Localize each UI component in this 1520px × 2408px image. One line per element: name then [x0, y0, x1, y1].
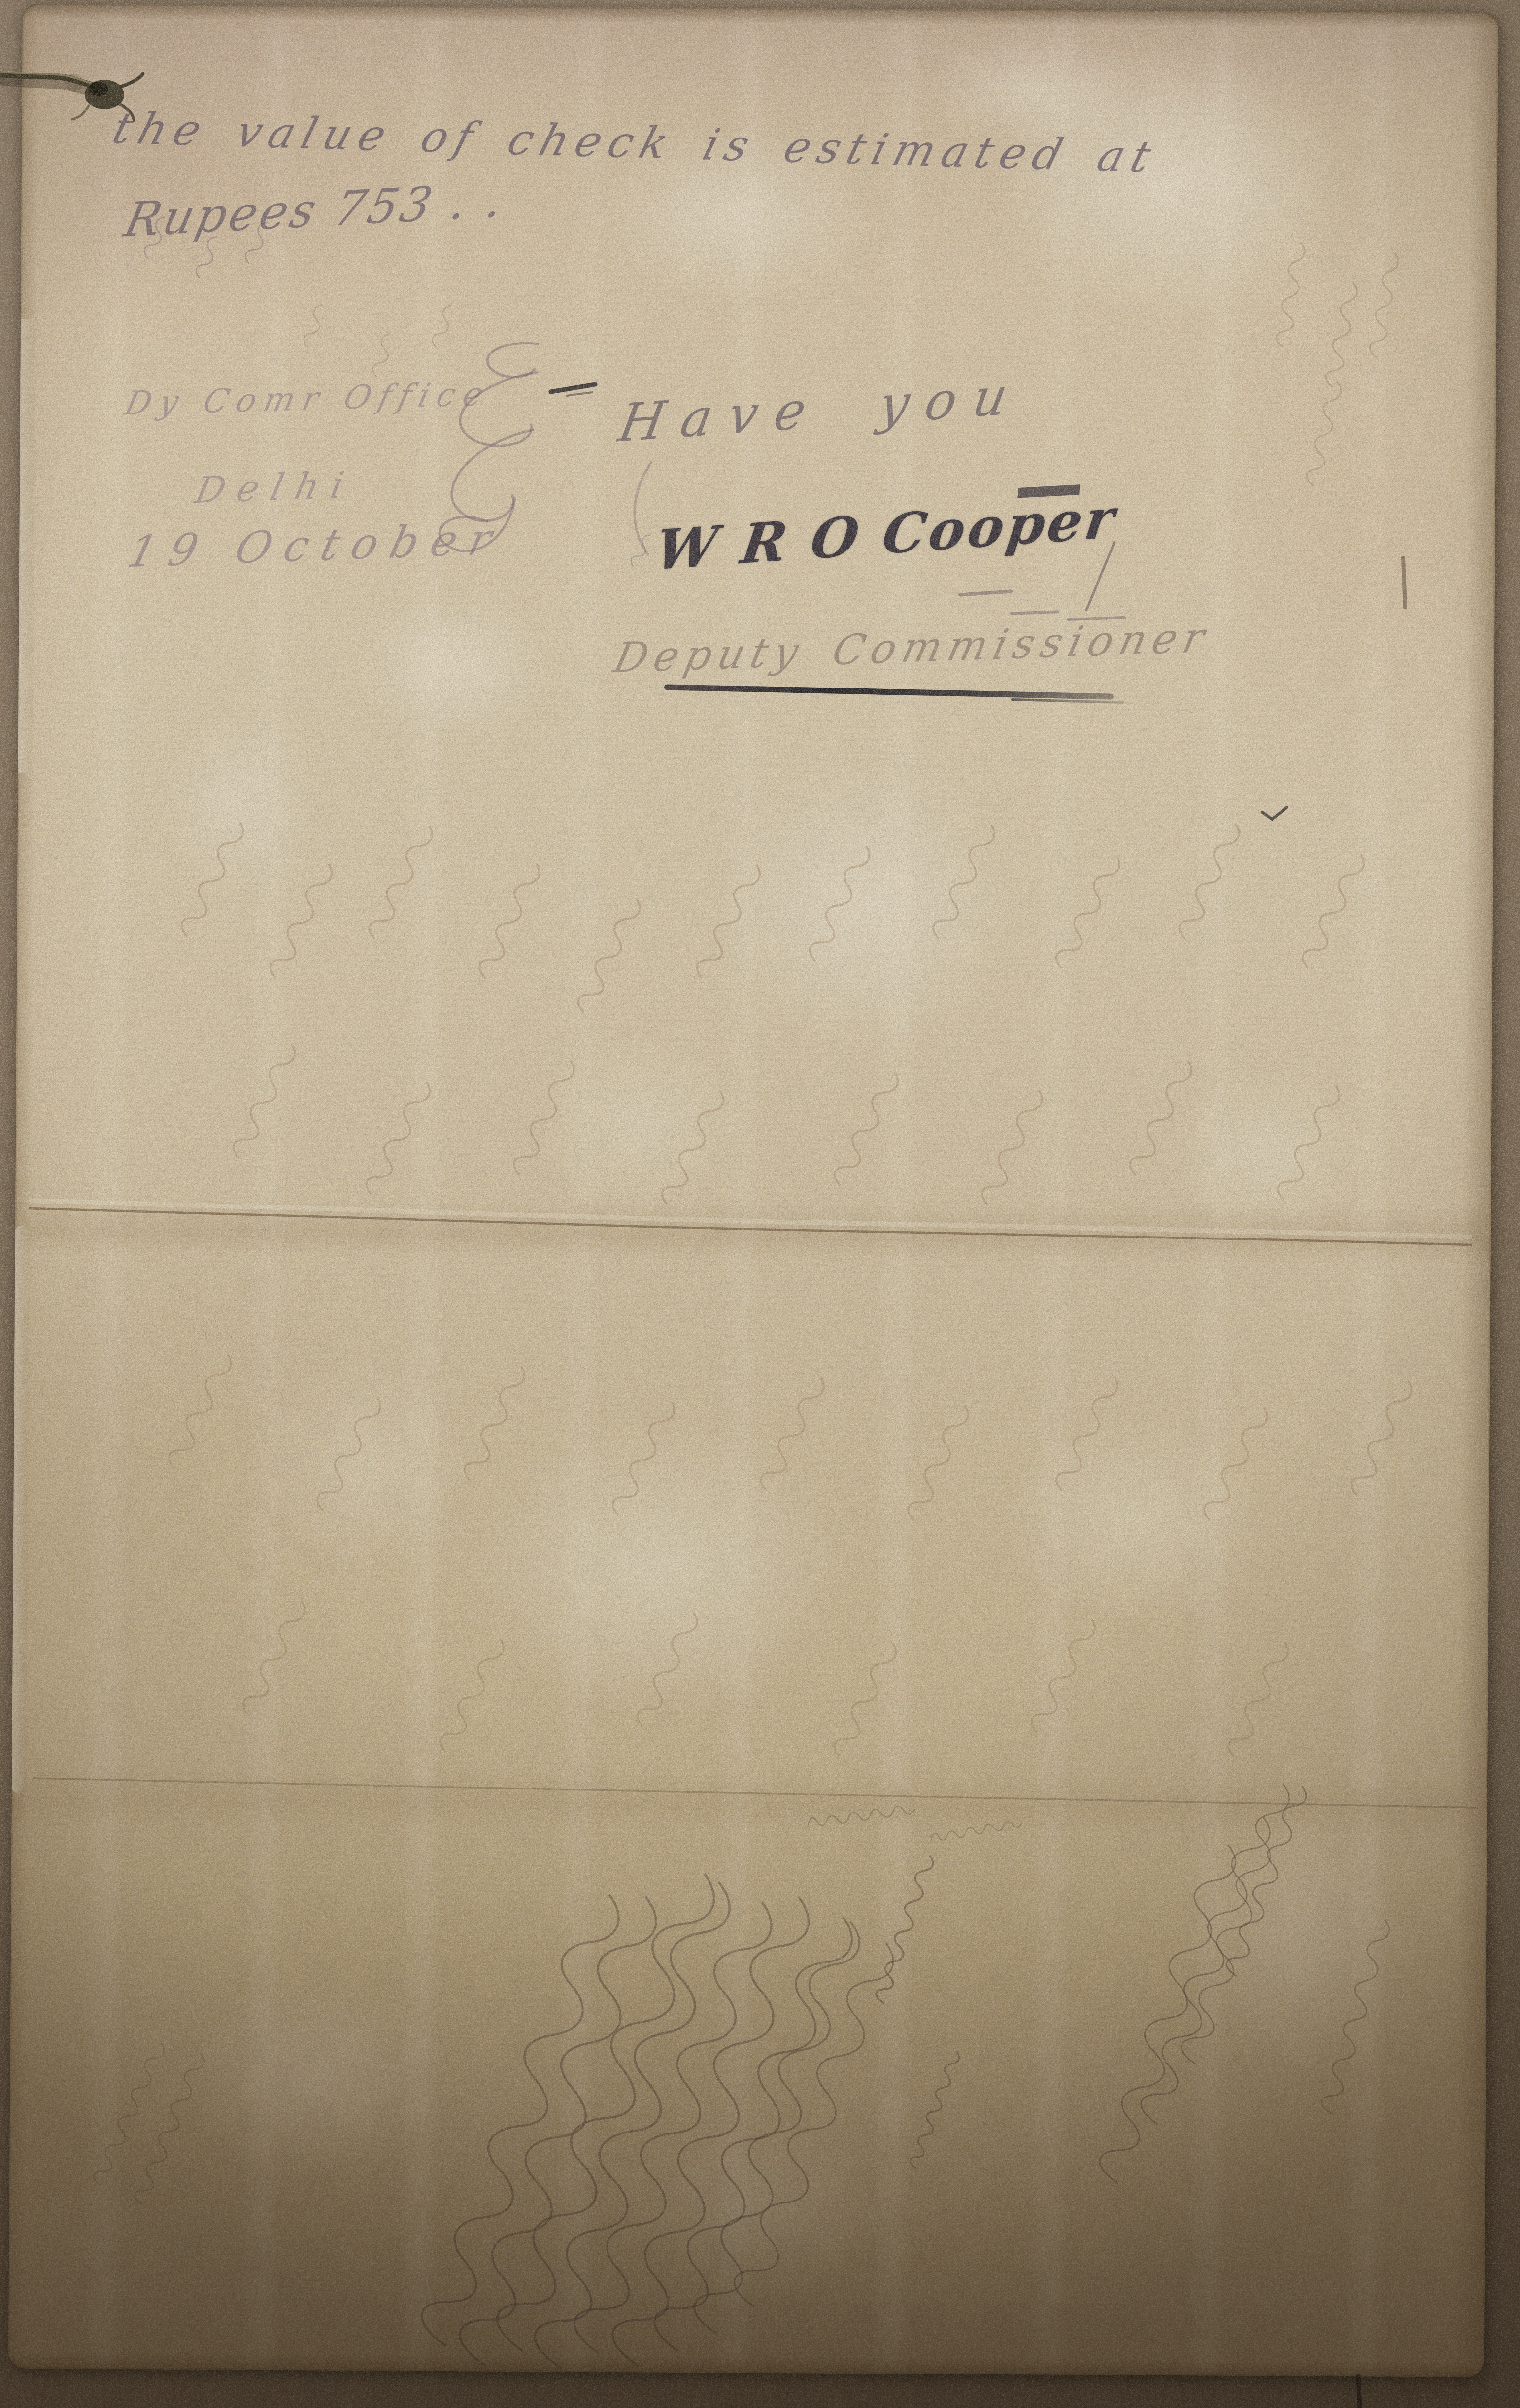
document-photo: the value of check is estimated at Rupee… [0, 0, 1520, 2408]
ink-marks-overlay [0, 0, 1520, 2408]
bleedthrough-marks [166, 241, 1417, 1760]
rotated-reverse-writing [91, 1779, 1392, 2372]
fold-crease-lower [33, 1778, 1478, 1808]
binding-string [0, 71, 143, 120]
ink-tick-marks [1086, 542, 1405, 2408]
fold-crease-upper [29, 1201, 1472, 1245]
ink-remnant-marks [141, 214, 654, 568]
ink-caret-mark [551, 384, 595, 396]
bracket-flourish [439, 343, 651, 554]
